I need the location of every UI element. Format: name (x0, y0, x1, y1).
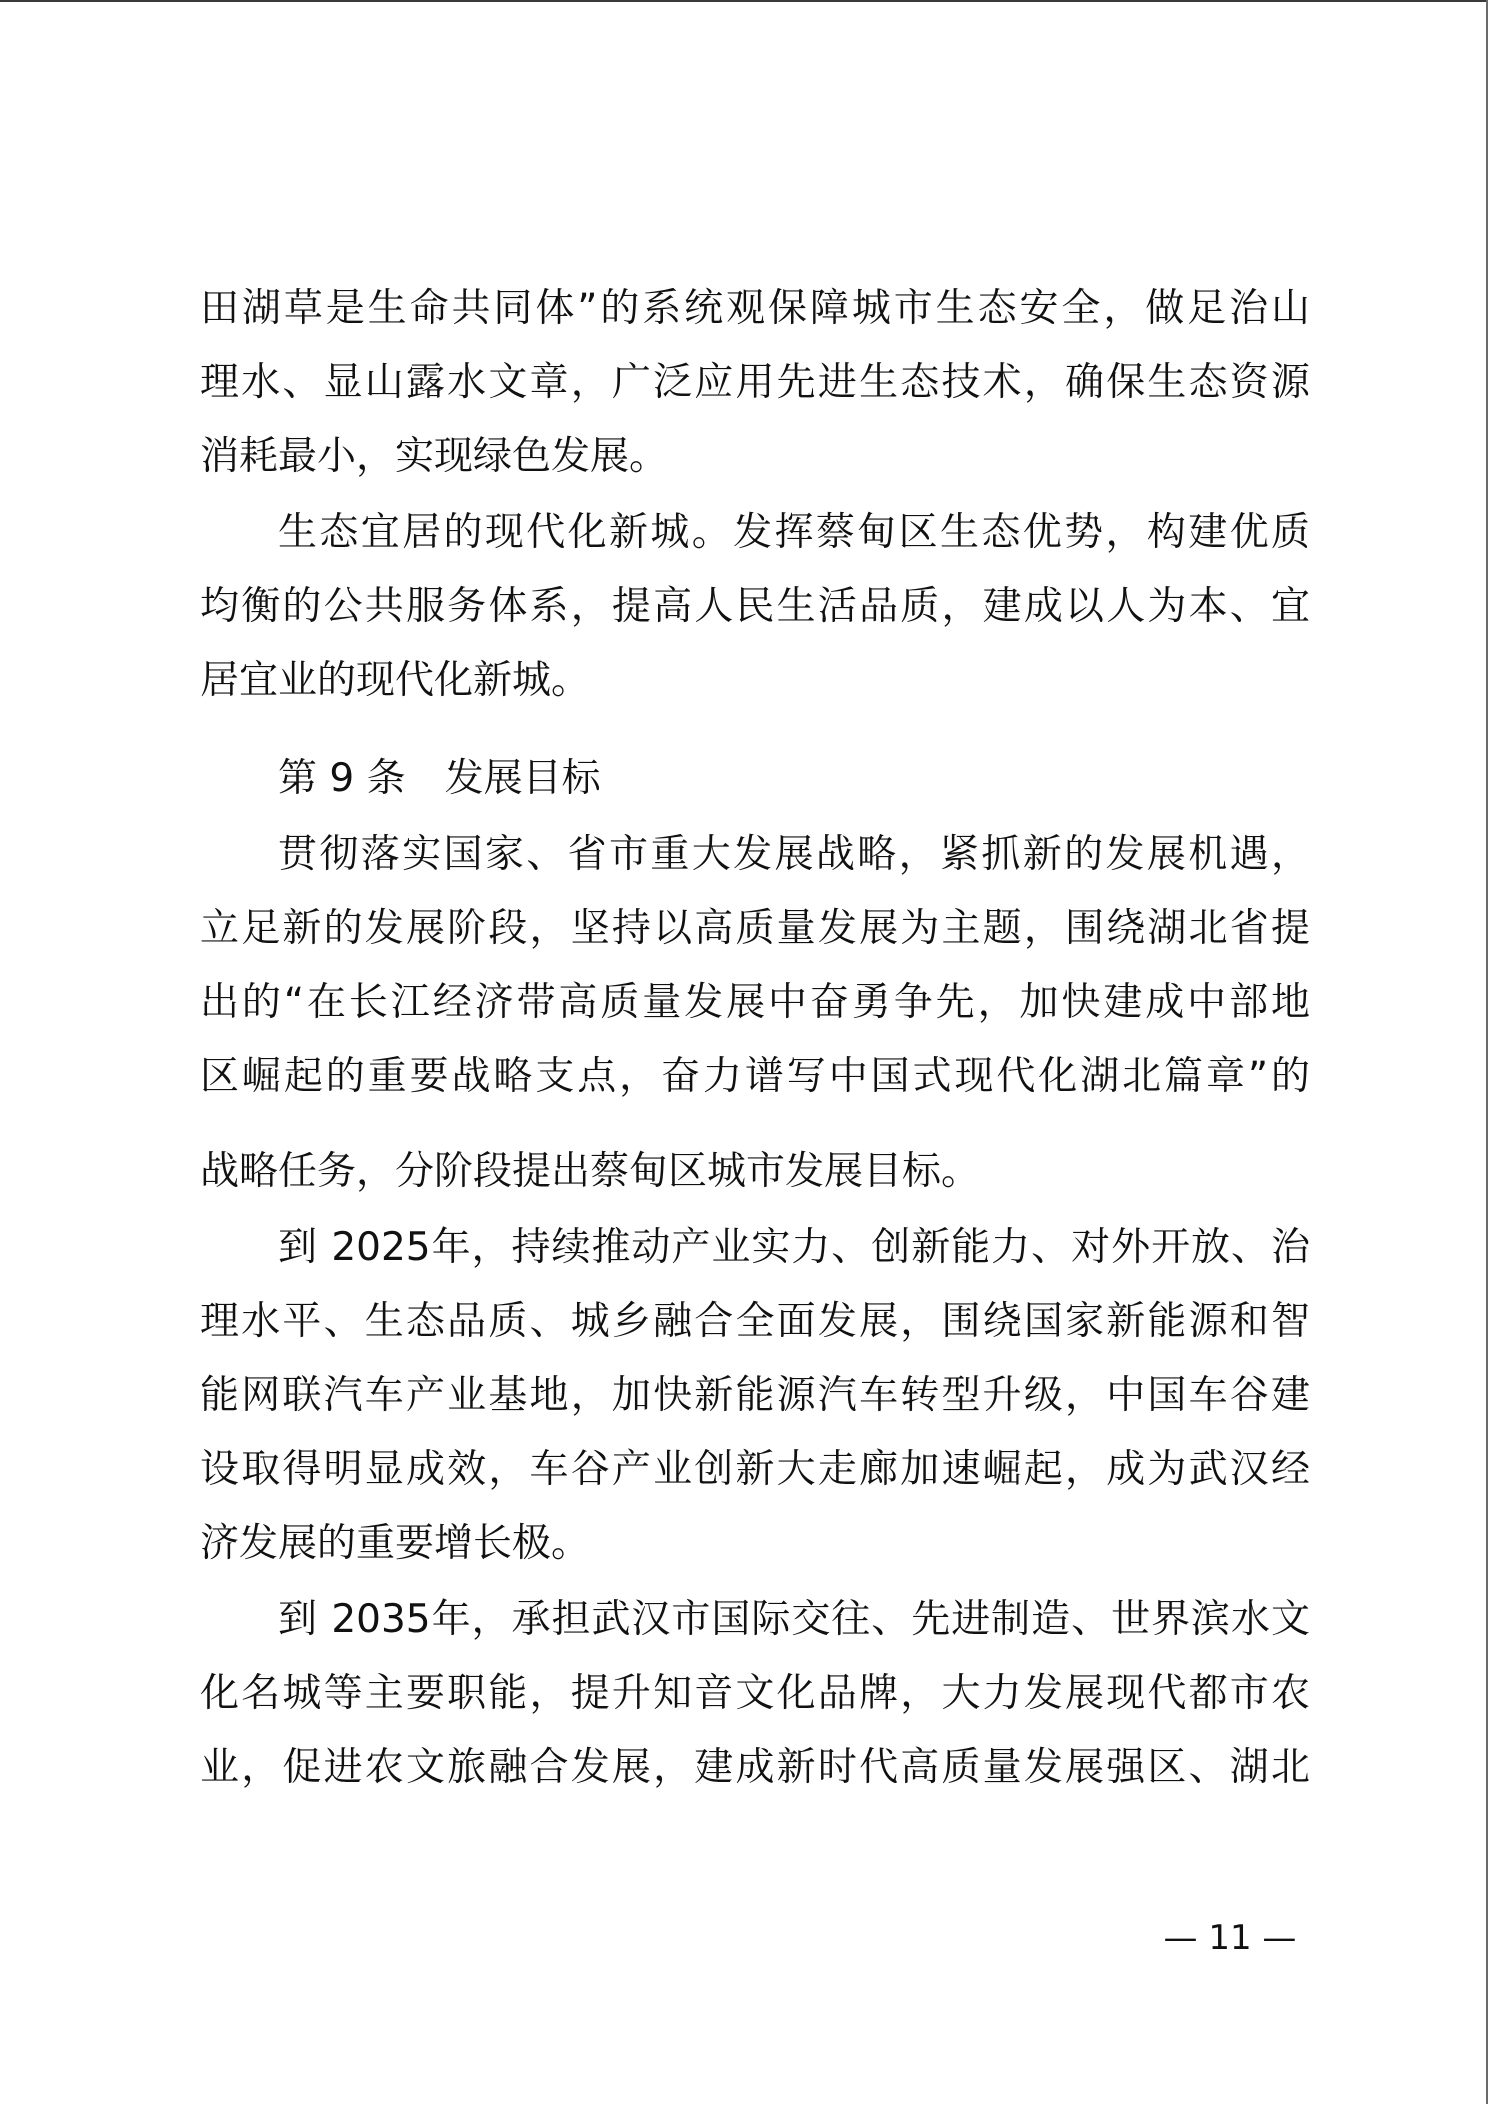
paragraph-3-line-5: 战略任务，分阶段提出蔡甸区城市发展目标。 (200, 1147, 1310, 1197)
paragraph-3-line-3: 出的“在长江经济带高质量发展中奋勇争先，加快建成中部地 (200, 978, 1310, 1028)
paragraph-5-line-3: 业，促进农文旅融合发展，建成新时代高质量发展强区、湖北 (200, 1743, 1310, 1793)
paragraph-3-line-1: 贯彻落实国家、省市重大发展战略，紧抓新的发展机遇， (278, 830, 1310, 880)
paragraph-2-line-1: 生态宜居的现代化新城。发挥蔡甸区生态优势，构建优质 (278, 508, 1310, 558)
paragraph-1-line-3: 消耗最小，实现绿色发展。 (200, 432, 1310, 482)
paragraph-4-line-3: 能网联汽车产业基地，加快新能源汽车转型升级，中国车谷建 (200, 1371, 1310, 1421)
paragraph-3-line-4: 区崛起的重要战略支点，奋力谱写中国式现代化湖北篇章”的 (200, 1052, 1310, 1102)
page-number: — 11 — (1160, 1916, 1300, 1960)
paragraph-5-line-1: 到 2035年，承担武汉市国际交往、先进制造、世界滨水文 (278, 1595, 1310, 1645)
paragraph-4-line-2: 理水平、生态品质、城乡融合全面发展，围绕国家新能源和智 (200, 1297, 1310, 1347)
paragraph-5-line-2: 化名城等主要职能，提升知音文化品牌，大力发展现代都市农 (200, 1669, 1310, 1719)
paragraph-2-line-2: 均衡的公共服务体系，提高人民生活品质，建成以人为本、宜 (200, 582, 1310, 632)
paragraph-4-line-4: 设取得明显成效，车谷产业创新大走廊加速崛起，成为武汉经 (200, 1445, 1310, 1495)
paragraph-4-line-5: 济发展的重要增长极。 (200, 1519, 1310, 1569)
page-top-border (0, 0, 1488, 2)
paragraph-3-line-2: 立足新的发展阶段，坚持以高质量发展为主题，围绕湖北省提 (200, 904, 1310, 954)
article-heading: 第 9 条 发展目标 (278, 754, 601, 804)
paragraph-4-line-1: 到 2025年，持续推动产业实力、创新能力、对外开放、治 (278, 1223, 1310, 1273)
paragraph-1-line-2: 理水、显山露水文章，广泛应用先进生态技术，确保生态资源 (200, 358, 1310, 408)
paragraph-1-line-1: 田湖草是生命共同体”的系统观保障城市生态安全，做足治山 (200, 284, 1310, 334)
paragraph-2-line-3: 居宜业的现代化新城。 (200, 656, 1310, 706)
